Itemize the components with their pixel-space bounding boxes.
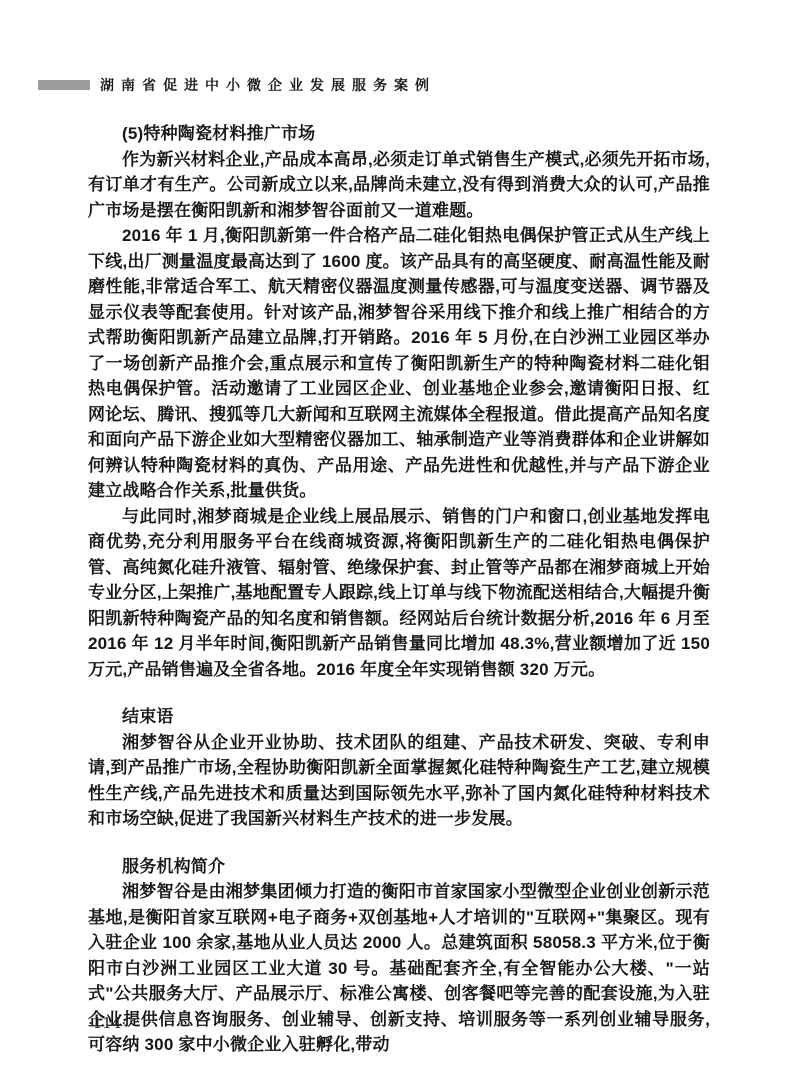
section-heading-service-org-intro: 服务机构简介 <box>88 854 710 880</box>
page-footer: ·114· <box>88 1014 126 1033</box>
body-paragraph: 湘梦智谷是由湘梦集团倾力打造的衡阳市首家国家小型微型企业创业创新示范基地,是衡阳… <box>88 879 710 1058</box>
body-paragraph: 2016 年 1 月,衡阳凯新第一件合格产品二硅化钼热电偶保护管正式从生产线上下… <box>88 223 710 504</box>
body-paragraph: 作为新兴材料企业,产品成本高昂,必须走订单式销售生产模式,必须先开拓市场,有订单… <box>88 147 710 224</box>
page-number: ·114· <box>88 1014 126 1032</box>
document-page: 湖南省促进中小微企业发展服务案例 (5)特种陶瓷材料推广市场 作为新兴材料企业,… <box>0 0 800 1089</box>
body-paragraph: 湘梦智谷从企业开业协助、技术团队的组建、产品技术研发、突破、专利申请,到产品推广… <box>88 730 710 832</box>
section-heading-conclusion: 结束语 <box>88 704 710 730</box>
section-heading-special-ceramics-market: (5)特种陶瓷材料推广市场 <box>88 121 710 147</box>
page-body: (5)特种陶瓷材料推广市场 作为新兴材料企业,产品成本高昂,必须走订单式销售生产… <box>88 121 710 1058</box>
header-title: 湖南省促进中小微企业发展服务案例 <box>100 75 436 95</box>
page-header: 湖南省促进中小微企业发展服务案例 <box>38 76 436 94</box>
header-marker-bar <box>38 80 90 90</box>
body-paragraph: 与此同时,湘梦商城是企业线上展品展示、销售的门户和窗口,创业基地发挥电商优势,充… <box>88 504 710 683</box>
